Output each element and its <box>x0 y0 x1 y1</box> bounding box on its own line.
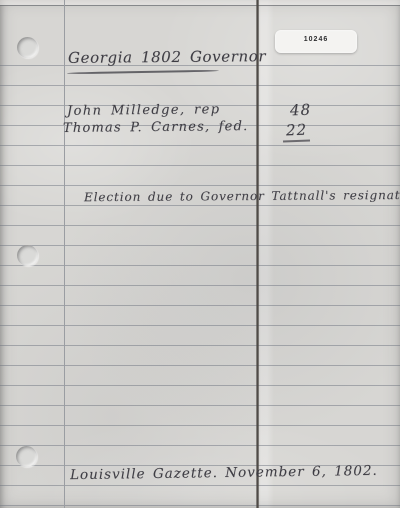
center-fold-line <box>256 0 259 508</box>
vote-count: 48 <box>290 101 312 120</box>
candidate-name: Thomas P. Carnes, fed. <box>63 119 249 136</box>
vote-count: 22 <box>286 121 308 140</box>
catalog-number: 10246 <box>304 36 328 43</box>
election-note: Election due to Governor Tattnall's resi… <box>84 188 400 204</box>
top-edge-line <box>0 5 400 6</box>
candidate-name: John Milledge, rep <box>67 102 221 119</box>
handwritten-title: Georgia 1802 Governor <box>68 47 266 67</box>
left-margin-line <box>64 0 65 508</box>
notebook-page: 10246 Georgia 1802 Governor John Milledg… <box>0 0 400 508</box>
hole-punch-middle <box>17 245 38 266</box>
hole-punch-top <box>17 37 38 58</box>
catalog-sticker: 10246 <box>275 30 357 53</box>
hole-punch-bottom <box>16 446 37 467</box>
